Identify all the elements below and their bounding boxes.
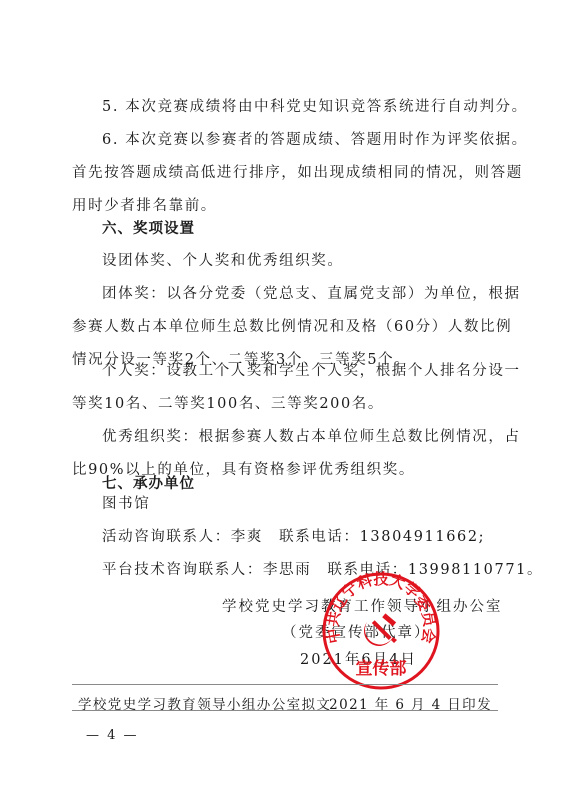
- body-line: 设团体奖、个人奖和优秀组织奖。: [102, 252, 344, 270]
- section-heading-organizer: 七、承办单位: [102, 475, 195, 493]
- tech-contact: 平台技术咨询联系人：李思雨 联系电话：13998110771。: [102, 561, 543, 579]
- organization-award-line: 优秀组织奖：根据参赛人数占本单位师生总数比例情况，占: [102, 428, 521, 446]
- team-award-line: 团体奖：以各分党委（党总支、直属党支部）为单位，根据: [102, 285, 521, 303]
- signature-org: 学校党史学习教育工作领导小组办公室: [222, 598, 503, 616]
- section-heading-awards: 六、奖项设置: [102, 220, 195, 238]
- signature-date: 2021年6月4日: [300, 651, 417, 669]
- individual-award-line: 个人奖：设教工个人奖和学生个人奖，根据个人排名分设一: [102, 362, 521, 380]
- document-page: 5. 本次竞赛成绩将由中科党史知识竞答系统进行自动判分。 6. 本次竞赛以参赛者…: [0, 0, 570, 806]
- body-line: 等奖10名、二等奖100名、三等奖200名。: [72, 395, 384, 413]
- body-line: 参赛人数占本单位师生总数比例情况和及格（60分）人数比例: [72, 318, 512, 336]
- activity-contact: 活动咨询联系人：李爽 联系电话：13804911662;: [102, 528, 485, 546]
- footer-top-rule: [72, 684, 498, 685]
- body-line: 用时少者排名靠前。: [72, 197, 217, 215]
- item-5: 5. 本次竞赛成绩将由中科党史知识竞答系统进行自动判分。: [102, 98, 528, 116]
- footer-bottom-rule: [72, 710, 498, 711]
- item-6: 6. 本次竞赛以参赛者的答题成绩、答题用时作为评奖依据。: [102, 131, 528, 149]
- page-number: — 4 —: [86, 728, 139, 743]
- signature-proxy: （党委宣传部代章）: [282, 624, 431, 642]
- organizer-name: 图书馆: [102, 495, 150, 513]
- body-line: 首先按答题成绩高低进行排序，如出现成绩相同的情况，则答题: [72, 164, 523, 182]
